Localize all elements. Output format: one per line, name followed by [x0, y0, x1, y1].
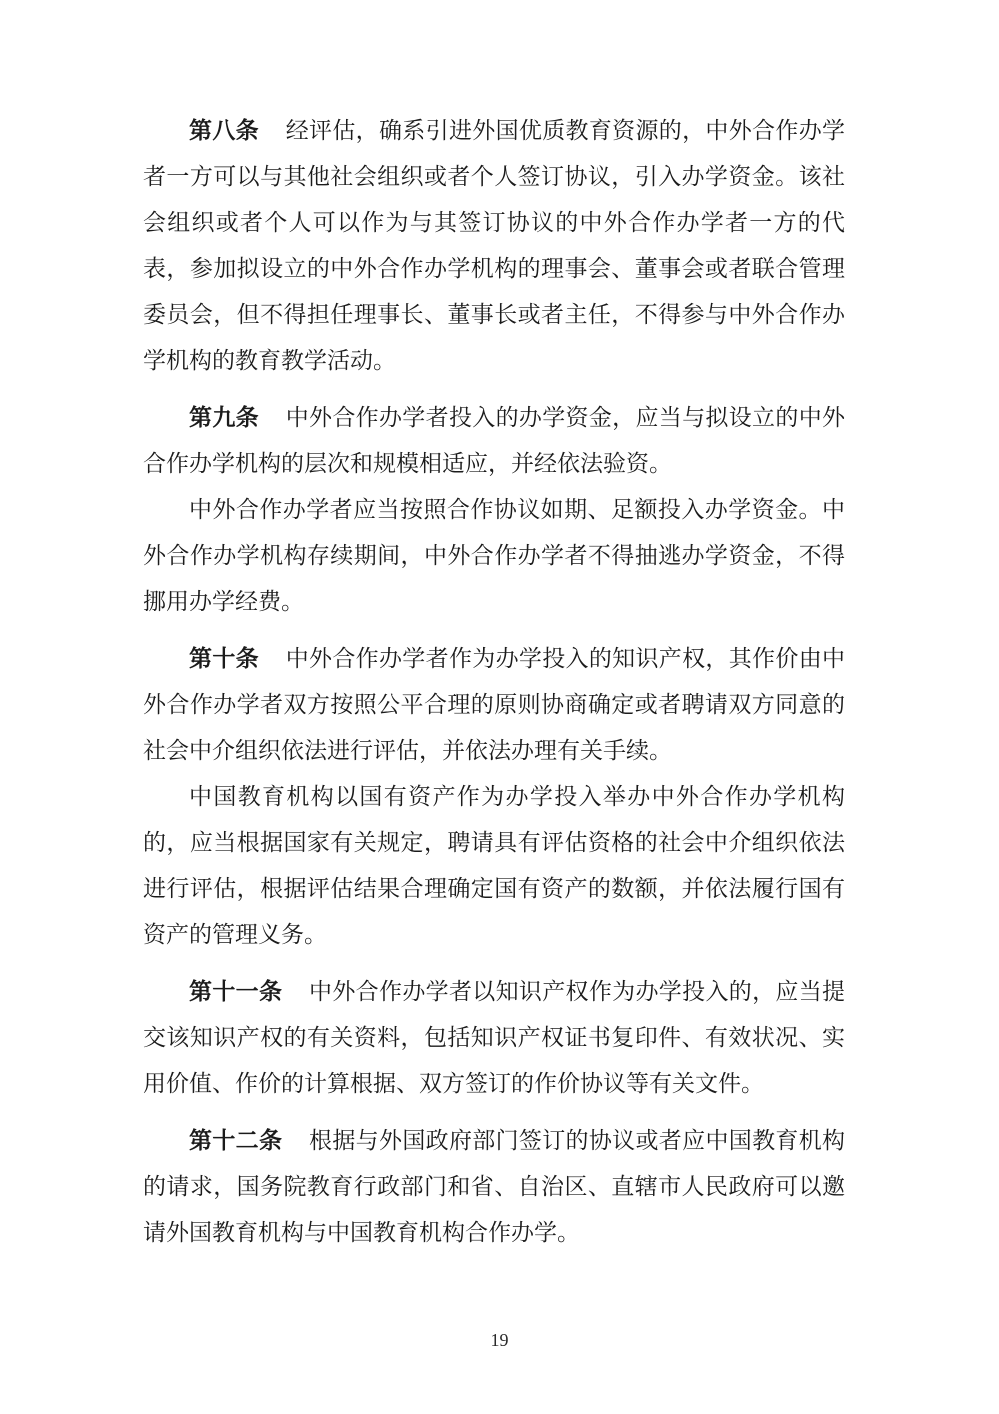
- article-number: 第十条: [189, 646, 259, 671]
- page-number: 19: [0, 1328, 999, 1352]
- paragraph: 第九条 中外合作办学者投入的办学资金，应当与拟设立的中外合作办学机构的层次和规模…: [143, 395, 845, 487]
- document-page: 第八条 经评估，确系引进外国优质教育资源的，中外合作办学者一方可以与其他社会组织…: [0, 0, 999, 1414]
- article-number: 第九条: [189, 405, 259, 430]
- paragraph-text: 中国教育机构以国有资产作为办学投入举办中外合作办学机构的，应当根据国家有关规定，…: [143, 784, 845, 947]
- paragraph: 第八条 经评估，确系引进外国优质教育资源的，中外合作办学者一方可以与其他社会组织…: [143, 108, 845, 384]
- paragraph: 第十条 中外合作办学者作为办学投入的知识产权，其作价由中外合作办学者双方按照公平…: [143, 636, 845, 774]
- article-number: 第十二条: [189, 1128, 282, 1153]
- document-body: 第八条 经评估，确系引进外国优质教育资源的，中外合作办学者一方可以与其他社会组织…: [143, 0, 845, 1256]
- paragraph: 第十一条 中外合作办学者以知识产权作为办学投入的，应当提交该知识产权的有关资料，…: [143, 969, 845, 1107]
- paragraph-text: 经评估，确系引进外国优质教育资源的，中外合作办学者一方可以与其他社会组织或者个人…: [143, 118, 845, 373]
- paragraph-text: 中外合作办学者应当按照合作协议如期、足额投入办学资金。中外合作办学机构存续期间，…: [143, 497, 845, 614]
- paragraph: 第十二条 根据与外国政府部门签订的协议或者应中国教育机构的请求，国务院教育行政部…: [143, 1118, 845, 1256]
- paragraph: 中外合作办学者应当按照合作协议如期、足额投入办学资金。中外合作办学机构存续期间，…: [143, 487, 845, 625]
- paragraph: 中国教育机构以国有资产作为办学投入举办中外合作办学机构的，应当根据国家有关规定，…: [143, 774, 845, 958]
- article-number: 第十一条: [189, 979, 282, 1004]
- article-number: 第八条: [189, 118, 259, 143]
